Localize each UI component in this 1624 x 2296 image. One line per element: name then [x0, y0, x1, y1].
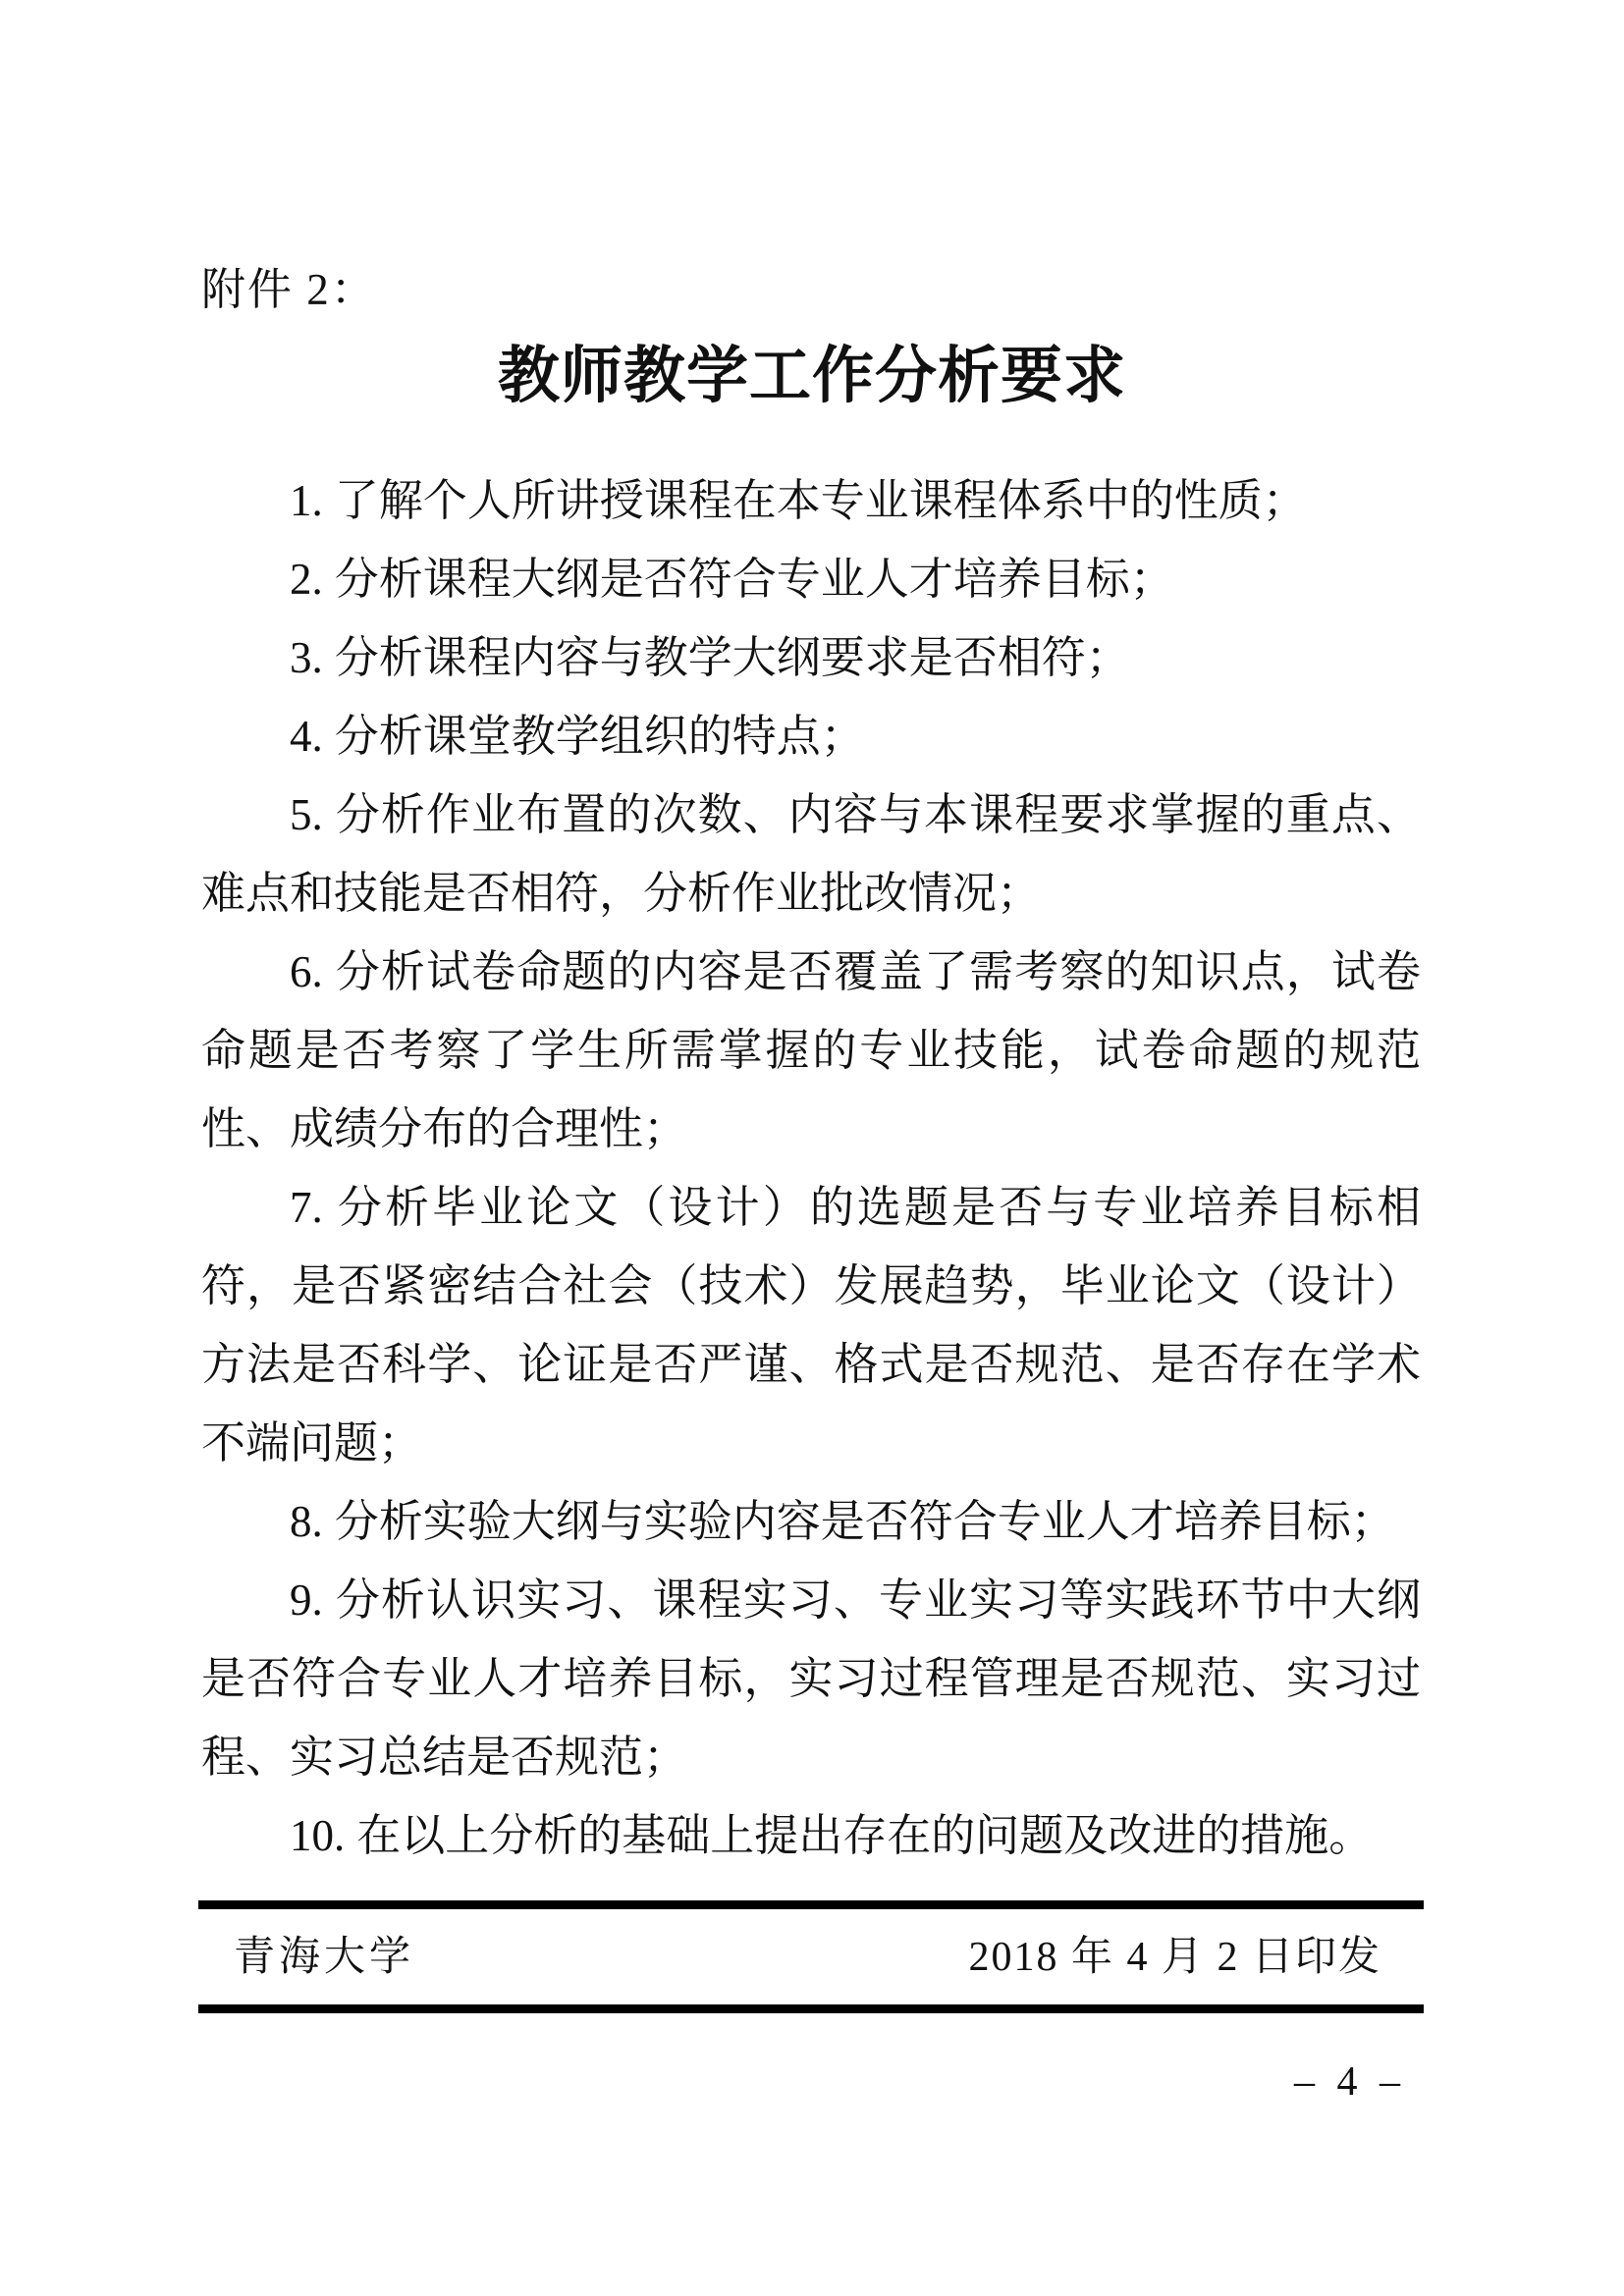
item-text: 了解个人所讲授课程在本专业课程体系中的性质； [335, 476, 1307, 525]
item-number: 4. [290, 712, 323, 761]
list-item-6: 6.分析试卷命题的内容是否覆盖了需考察的知识点，试卷命题是否考察了学生所需掌握的… [201, 933, 1421, 1168]
item-number: 10. [290, 1811, 345, 1860]
footer-rule-top [198, 1900, 1424, 1909]
attachment-label: 附件 2： [201, 263, 377, 316]
item-number: 7. [290, 1183, 323, 1232]
item-number: 6. [290, 947, 323, 996]
list-item-9: 9.分析认识实习、课程实习、专业实习等实践环节中大纲是否符合专业人才培养目标，实… [201, 1561, 1421, 1796]
item-text: 分析课堂教学组织的特点； [335, 712, 865, 761]
list-item-3: 3.分析课程内容与教学大纲要求是否相符； [201, 618, 1421, 697]
list-item-5: 5.分析作业布置的次数、内容与本课程要求掌握的重点、难点和技能是否相符，分析作业… [201, 775, 1421, 933]
list-item-7: 7.分析毕业论文（设计）的选题是否与专业培养目标相符，是否紧密结合社会（技术）发… [201, 1168, 1421, 1482]
item-text: 分析实验大纲与实验内容是否符合专业人才培养目标； [335, 1497, 1395, 1546]
item-text: 分析试卷命题的内容是否覆盖了需考察的知识点，试卷命题是否考察了学生所需掌握的专业… [201, 947, 1421, 1153]
item-text: 分析毕业论文（设计）的选题是否与专业培养目标相符，是否紧密结合社会（技术）发展趋… [201, 1183, 1421, 1468]
item-text: 分析认识实习、课程实习、专业实习等实践环节中大纲是否符合专业人才培养目标，实习过… [201, 1575, 1421, 1782]
list-item-2: 2.分析课程大纲是否符合专业人才培养目标； [201, 540, 1421, 618]
item-number: 3. [290, 633, 323, 682]
requirements-list: 1.了解个人所讲授课程在本专业课程体系中的性质； 2.分析课程大纲是否符合专业人… [201, 461, 1421, 1875]
item-text: 在以上分析的基础上提出存在的问题及改进的措施。 [356, 1811, 1373, 1860]
footer: 青海大学 2018 年 4 月 2 日印发 [201, 1932, 1421, 1983]
item-number: 1. [290, 476, 323, 525]
item-text: 分析作业布置的次数、内容与本课程要求掌握的重点、难点和技能是否相符，分析作业批改… [201, 790, 1421, 918]
item-number: 9. [290, 1575, 323, 1625]
document-page: 附件 2： 教师教学工作分析要求 1.了解个人所讲授课程在本专业课程体系中的性质… [0, 0, 1624, 2296]
list-item-8: 8.分析实验大纲与实验内容是否符合专业人才培养目标； [201, 1482, 1421, 1561]
document-title: 教师教学工作分析要求 [0, 338, 1624, 414]
list-item-1: 1.了解个人所讲授课程在本专业课程体系中的性质； [201, 461, 1421, 540]
list-item-10: 10.在以上分析的基础上提出存在的问题及改进的措施。 [201, 1796, 1421, 1875]
item-number: 5. [290, 790, 323, 839]
item-number: 8. [290, 1497, 323, 1546]
item-text: 分析课程内容与教学大纲要求是否相符； [335, 633, 1130, 682]
list-item-4: 4.分析课堂教学组织的特点； [201, 697, 1421, 775]
footer-issuer: 青海大学 [234, 1932, 414, 1983]
footer-issue-date: 2018 年 4 月 2 日印发 [968, 1932, 1381, 1983]
item-text: 分析课程大纲是否符合专业人才培养目标； [335, 555, 1174, 604]
page-number: – 4 – [1294, 2059, 1406, 2105]
item-number: 2. [290, 555, 323, 604]
footer-rule-bottom [198, 2004, 1424, 2013]
